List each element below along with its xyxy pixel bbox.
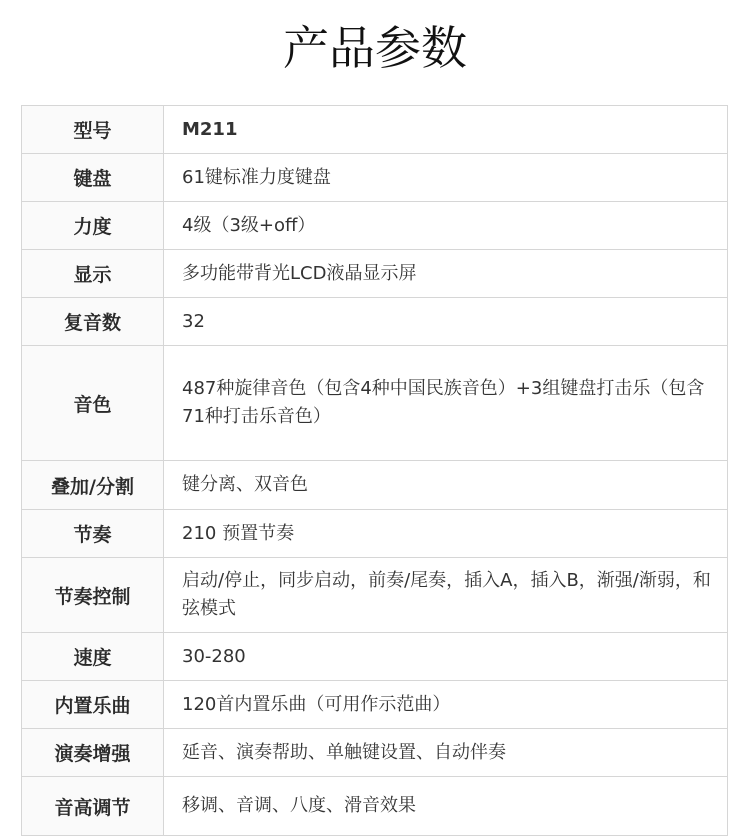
spec-value: 32 xyxy=(164,298,728,346)
spec-label: 力度 xyxy=(22,202,164,250)
spec-label: 节奏 xyxy=(22,510,164,558)
spec-value: 键分离、双音色 xyxy=(164,461,728,510)
spec-value: 487种旋律音色（包含4种中国民族音色）+3组键盘打击乐（包含71种打击乐音色） xyxy=(164,346,728,461)
spec-table: 型号 M211 键盘 61键标准力度键盘 力度 4级（3级+off） 显示 多功… xyxy=(21,105,728,836)
table-row: 复音数 32 xyxy=(22,298,728,346)
spec-value: 61键标准力度键盘 xyxy=(164,154,728,202)
spec-value: 移调、音调、八度、滑音效果 xyxy=(164,777,728,836)
table-row: 节奏控制 启动/停止，同步启动，前奏/尾奏，插入A，插入B，渐强/渐弱，和弦模式 xyxy=(22,558,728,633)
spec-label: 显示 xyxy=(22,250,164,298)
spec-label: 复音数 xyxy=(22,298,164,346)
spec-label: 型号 xyxy=(22,106,164,154)
table-row: 节奏 210 预置节奏 xyxy=(22,510,728,558)
table-row: 音色 487种旋律音色（包含4种中国民族音色）+3组键盘打击乐（包含71种打击乐… xyxy=(22,346,728,461)
spec-label: 演奏增强 xyxy=(22,729,164,777)
table-row: 叠加/分割 键分离、双音色 xyxy=(22,461,728,510)
spec-table-body: 型号 M211 键盘 61键标准力度键盘 力度 4级（3级+off） 显示 多功… xyxy=(22,106,728,836)
table-row: 速度 30-280 xyxy=(22,633,728,681)
spec-label: 音高调节 xyxy=(22,777,164,836)
spec-label: 内置乐曲 xyxy=(22,681,164,729)
spec-label: 节奏控制 xyxy=(22,558,164,633)
table-row: 内置乐曲 120首内置乐曲（可用作示范曲） xyxy=(22,681,728,729)
table-row: 音高调节 移调、音调、八度、滑音效果 xyxy=(22,777,728,836)
table-row: 力度 4级（3级+off） xyxy=(22,202,728,250)
page-title: 产品参数 xyxy=(0,18,750,78)
table-row: 显示 多功能带背光LCD液晶显示屏 xyxy=(22,250,728,298)
spec-label: 键盘 xyxy=(22,154,164,202)
spec-value: 启动/停止，同步启动，前奏/尾奏，插入A，插入B，渐强/渐弱，和弦模式 xyxy=(164,558,728,633)
spec-value: 延音、演奏帮助、单触键设置、自动伴奏 xyxy=(164,729,728,777)
table-row: 演奏增强 延音、演奏帮助、单触键设置、自动伴奏 xyxy=(22,729,728,777)
spec-label: 速度 xyxy=(22,633,164,681)
spec-value: 210 预置节奏 xyxy=(164,510,728,558)
spec-label: 音色 xyxy=(22,346,164,461)
spec-value: 多功能带背光LCD液晶显示屏 xyxy=(164,250,728,298)
spec-label: 叠加/分割 xyxy=(22,461,164,510)
table-row: 键盘 61键标准力度键盘 xyxy=(22,154,728,202)
spec-value: 30-280 xyxy=(164,633,728,681)
spec-value: 120首内置乐曲（可用作示范曲） xyxy=(164,681,728,729)
spec-value: 4级（3级+off） xyxy=(164,202,728,250)
table-row: 型号 M211 xyxy=(22,106,728,154)
spec-value: M211 xyxy=(164,106,728,154)
